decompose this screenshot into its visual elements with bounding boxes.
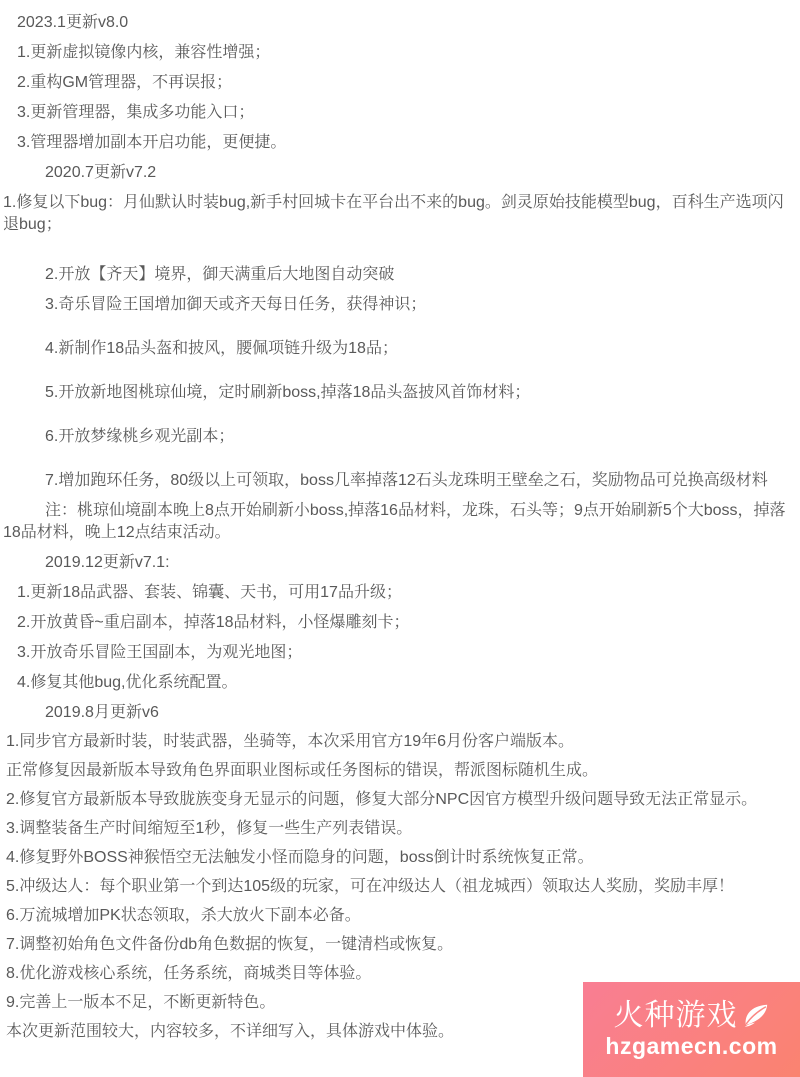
changelog-item: 2.重构GM管理器，不再误报； <box>3 72 797 94</box>
section-v7-2: 2020.7更新v7.2 1.修复以下bug：月仙默认时装bug,新手村回城卡在… <box>3 162 797 544</box>
changelog-item: 1.同步官方最新时装，时装武器，坐骑等，本次采用官方19年6月份客户端版本。 <box>3 731 797 753</box>
changelog-note: 注：桃琼仙境副本晚上8点开始刷新小boss,掉落16品材料，龙珠，石头等；9点开… <box>3 500 797 544</box>
changelog-item: 2.开放【齐天】境界，御天满重后大地图自动突破 <box>3 264 797 286</box>
version-header: 2020.7更新v7.2 <box>3 162 797 184</box>
changelog-item: 1.更新18品武器、套装、锦囊、天书，可用17品升级； <box>3 582 797 604</box>
version-header: 2023.1更新v8.0 <box>3 12 797 34</box>
changelog-item: 4.修复其他bug,优化系统配置。 <box>3 672 797 694</box>
changelog-item: 4.新制作18品头盔和披风，腰佩项链升级为18品； <box>3 338 797 360</box>
changelog-item: 4.修复野外BOSS神猴悟空无法触发小怪而隐身的问题，boss倒计时系统恢复正常… <box>3 847 797 869</box>
version-header: 2019.8月更新v6 <box>3 702 797 724</box>
changelog-item: 3.调整装备生产时间缩短至1秒，修复一些生产列表错误。 <box>3 818 797 840</box>
changelog-item: 3.开放奇乐冒险王国副本，为观光地图； <box>3 642 797 664</box>
changelog-item: 1.修复以下bug：月仙默认时装bug,新手村回城卡在平台出不来的bug。剑灵原… <box>3 192 797 236</box>
changelog-item: 3.更新管理器，集成多功能入口； <box>3 102 797 124</box>
changelog-item: 1.更新虚拟镜像内核，兼容性增强； <box>3 42 797 64</box>
changelog-item: 2.修复官方最新版本导致胧族变身无显示的问题，修复大部分NPC因官方模型升级问题… <box>3 789 797 811</box>
changelog-item: 5.开放新地图桃琼仙境，定时刷新boss,掉落18品头盔披风首饰材料； <box>3 382 797 404</box>
leaf-icon <box>740 1001 770 1031</box>
changelog-item: 6.开放梦缘桃乡观光副本； <box>3 426 797 448</box>
changelog-item: 7.调整初始角色文件备份db角色数据的恢复，一键清档或恢复。 <box>3 934 797 956</box>
section-v7-1: 2019.12更新v7.1: 1.更新18品武器、套装、锦囊、天书，可用17品升… <box>3 552 797 694</box>
changelog-item: 5.冲级达人：每个职业第一个到达105级的玩家，可在冲级达人（祖龙城西）领取达人… <box>3 876 797 898</box>
watermark-domain-text: hzgamecn.com <box>605 1033 777 1059</box>
changelog-item: 3.管理器增加副本开启功能，更便捷。 <box>3 132 797 154</box>
section-v8-0: 2023.1更新v8.0 1.更新虚拟镜像内核，兼容性增强； 2.重构GM管理器… <box>3 12 797 154</box>
watermark-brand-row: 火种游戏 <box>614 1000 770 1032</box>
changelog-item: 正常修复因最新版本导致角色界面职业图标或任务图标的错误，帮派图标随机生成。 <box>3 760 797 782</box>
changelog-item: 2.开放黄昏~重启副本，掉落18品材料，小怪爆雕刻卡； <box>3 612 797 634</box>
changelog-document: 2023.1更新v8.0 1.更新虚拟镜像内核，兼容性增强； 2.重构GM管理器… <box>0 0 800 1050</box>
changelog-item: 3.奇乐冒险王国增加御天或齐天每日任务，获得神识； <box>3 294 797 316</box>
watermark: 火种游戏 hzgamecn.com <box>583 982 800 1077</box>
watermark-brand-text: 火种游戏 <box>614 1000 738 1032</box>
version-header: 2019.12更新v7.1: <box>3 552 797 574</box>
changelog-item: 7.增加跑环任务，80级以上可领取，boss几率掉落12石头龙珠明王壁垒之石，奖… <box>3 470 797 492</box>
changelog-item: 6.万流城增加PK状态领取，杀大放火下副本必备。 <box>3 905 797 927</box>
